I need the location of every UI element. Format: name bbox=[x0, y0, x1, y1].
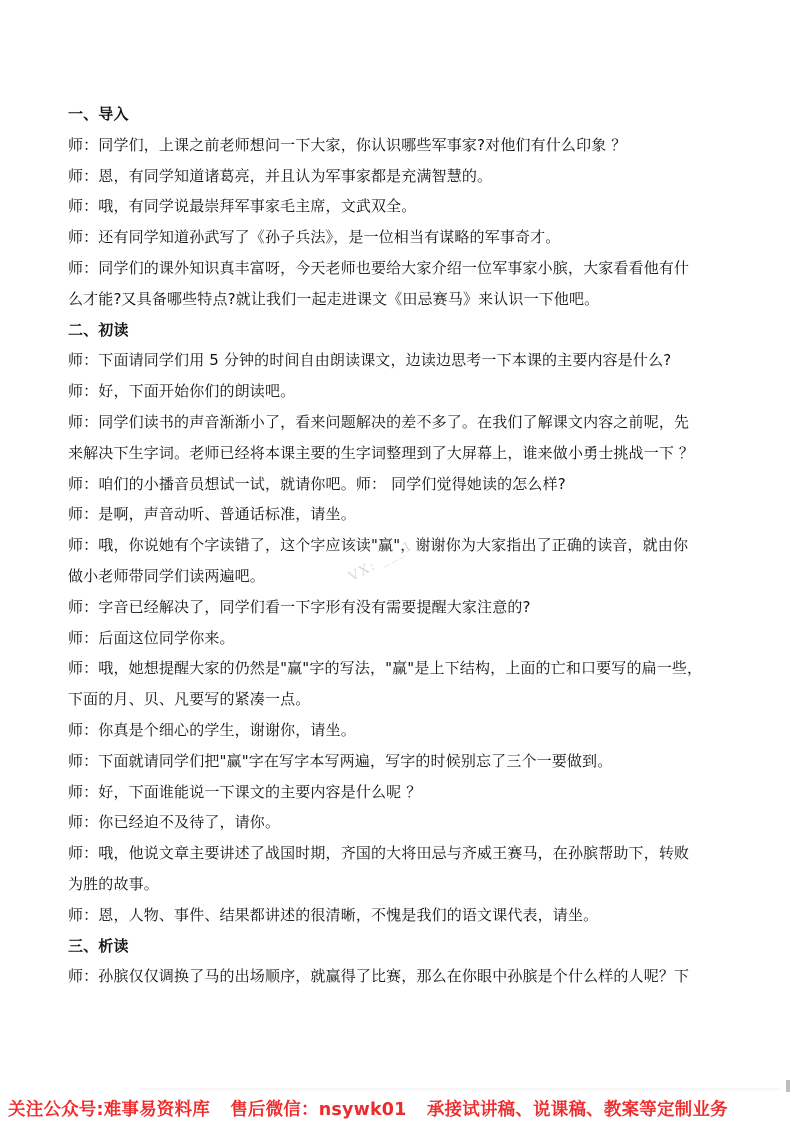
section-heading-first-reading: 二、初读 bbox=[68, 315, 736, 346]
footer-promo-text: 关注公众号:难事易资料库 售后微信：nsywk01 承接试讲稿、说课稿、教案等定… bbox=[8, 1096, 742, 1121]
dialogue-line: 师：恩，有同学知道诸葛亮，并且认为军事家都是充满智慧的。 bbox=[68, 161, 736, 192]
dialogue-line: 师：字音已经解决了，同学们看一下字形有没有需要提醒大家注意的? bbox=[68, 592, 736, 623]
dialogue-line: 师：哦，有同学说最崇拜军事家毛主席，文武双全。 bbox=[68, 191, 736, 222]
dialogue-line: 师：你已经迫不及待了，请你。 bbox=[68, 807, 736, 838]
footer-wechat: 售后微信：nsywk01 bbox=[230, 1100, 406, 1120]
dialogue-line: 师：咱们的小播音员想试一试，就请你吧。师： 同学们觉得她读的怎么样? bbox=[68, 469, 736, 500]
dialogue-line: 师：同学们，上课之前老师想问一下大家，你认识哪些军事家?对他们有什么印象 ？ bbox=[68, 130, 736, 161]
dialogue-line-continued: 么才能?又具备哪些特点?就让我们一起走进课文《田忌赛马》来认识一下他吧。 bbox=[68, 284, 736, 315]
section-heading-analysis: 三、析读 bbox=[68, 931, 736, 962]
dialogue-line: 师：同学们读书的声音渐渐小了，看来问题解决的差不多了。在我们了解课文内容之前呢，… bbox=[68, 407, 736, 438]
page-corner-mark bbox=[786, 1080, 790, 1092]
dialogue-line-continued: 做小老师带同学们读两遍吧。 bbox=[68, 561, 736, 592]
footer-account: 关注公众号:难事易资料库 bbox=[8, 1100, 210, 1120]
dialogue-line: 师：后面这位同学你来。 bbox=[68, 623, 736, 654]
dialogue-line: 师：好，下面开始你们的朗读吧。 bbox=[68, 376, 736, 407]
footer-services: 承接试讲稿、说课稿、教案等定制业务 bbox=[427, 1100, 728, 1120]
dialogue-line-continued: 来解决下生字词。老师已经将本课主要的生字词整理到了大屏幕上，谁来做小勇士挑战一下… bbox=[68, 438, 736, 469]
dialogue-line-continued: 下面的月、贝、凡要写的紧凑一点。 bbox=[68, 684, 736, 715]
dialogue-line: 师：好，下面谁能说一下课文的主要内容是什么呢 ？ bbox=[68, 777, 736, 808]
dialogue-line: 师：是啊，声音动听、普通话标准，请坐。 bbox=[68, 499, 736, 530]
dialogue-line: 师：下面就请同学们把"赢"字在写字本写两遍，写字的时候别忘了三个一要做到。 bbox=[68, 746, 736, 777]
dialogue-line: 师：哦，他说文章主要讲述了战国时期，齐国的大将田忌与齐威王赛马，在孙膑帮助下，转… bbox=[68, 838, 736, 869]
dialogue-line: 师：恩，人物、事件、结果都讲述的很清晰，不愧是我们的语文课代表，请坐。 bbox=[68, 900, 736, 931]
dialogue-line: 师：还有同学知道孙武写了《孙子兵法》，是一位相当有谋略的军事奇才。 bbox=[68, 222, 736, 253]
section-heading-intro: 一、导入 bbox=[68, 99, 736, 130]
dialogue-line: 师：哦，她想提醒大家的仍然是"赢"字的写法，"赢"是上下结构，上面的亡和口要写的… bbox=[68, 653, 736, 684]
dialogue-line: 师：同学们的课外知识真丰富呀，今天老师也要给大家介绍一位军事家小膑，大家看看他有… bbox=[68, 253, 736, 284]
dialogue-line: 师：下面请同学们用 5 分钟的时间自由朗读课文，边读边思考一下本课的主要内容是什… bbox=[68, 345, 736, 376]
dialogue-line-continued: 为胜的故事。 bbox=[68, 869, 736, 900]
dialogue-line: 师：孙膑仅仅调换了马的出场顺序，就赢得了比赛，那么在你眼中孙膑是个什么样的人呢？… bbox=[68, 961, 736, 992]
dialogue-line: 师：你真是个细心的学生，谢谢你，请坐。 bbox=[68, 715, 736, 746]
